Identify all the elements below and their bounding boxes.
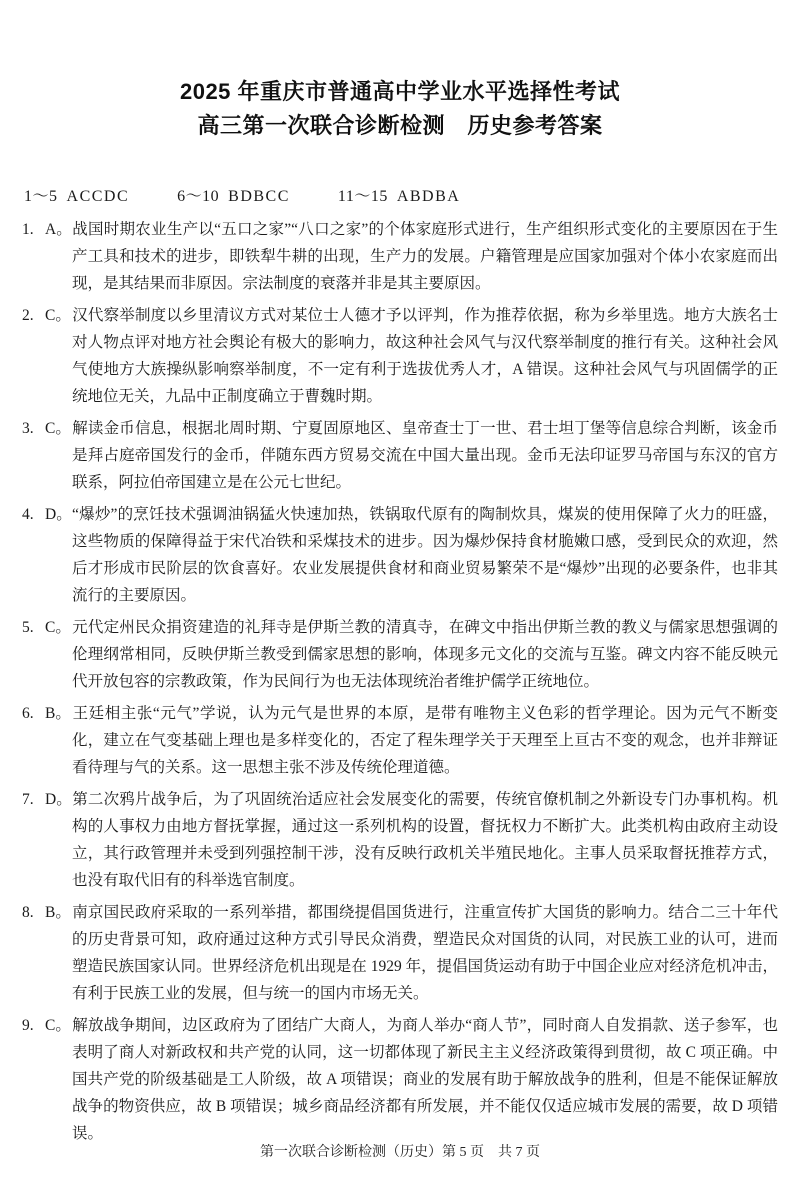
explanation-item-5: 5.C。元代定州民众捐资建造的礼拜寺是伊斯兰教的清真寺，在碑文中指出伊斯兰教的教… — [22, 614, 778, 695]
item-explanation-text: 战国时期农业生产以“五口之家”“八口之家”的个体家庭形式进行，生产组织形式变化的… — [72, 221, 778, 292]
item-answer-letter: B。 — [45, 899, 72, 926]
item-answer-letter: C。 — [45, 614, 72, 641]
answer-key-range: 11～15 — [338, 188, 388, 205]
item-number: 2. — [22, 302, 45, 329]
explanation-item-7: 7.D。第二次鸦片战争后，为了巩固统治适应社会发展变化的需要，传统官僚机制之外新… — [22, 786, 778, 894]
item-answer-letter: D。 — [45, 786, 72, 813]
item-number: 4. — [22, 501, 45, 528]
explanation-item-1: 1.A。战国时期农业生产以“五口之家”“八口之家”的个体家庭形式进行，生产组织形… — [22, 216, 778, 297]
item-number: 5. — [22, 614, 45, 641]
item-explanation-text: 第二次鸦片战争后，为了巩固统治适应社会发展变化的需要，传统官僚机制之外新设专门办… — [72, 791, 778, 889]
multiple-choice-answer-key: 1～5ACCDC 6～10BDBCC 11～15ABDBA — [24, 186, 778, 208]
item-answer-letter: B。 — [45, 700, 72, 727]
item-answer-letter: C。 — [45, 415, 72, 442]
item-number: 3. — [22, 415, 45, 442]
item-explanation-text: 解放战争期间，边区政府为了团结广大商人，为商人举办“商人节”，同时商人自发捐款、… — [72, 1017, 778, 1142]
answer-key-group-1-5: 1～5ACCDC — [24, 186, 129, 208]
item-explanation-text: “爆炒”的烹饪技术强调油锅猛火快速加热，铁锅取代原有的陶制炊具，煤炭的使用保障了… — [72, 506, 778, 604]
item-explanation-text: 王廷相主张“元气”学说，认为元气是世界的本原，是带有唯物主义色彩的哲学理论。因为… — [72, 705, 778, 776]
answer-key-letters: BDBCC — [228, 188, 290, 205]
explanation-item-8: 8.B。南京国民政府采取的一系列举措，都围绕提倡国货进行，注重宣传扩大国货的影响… — [22, 899, 778, 1007]
item-number: 9. — [22, 1012, 45, 1039]
answer-key-group-6-10: 6～10BDBCC — [177, 186, 290, 208]
answer-key-letters: ACCDC — [67, 188, 130, 205]
explanation-item-3: 3.C。解读金币信息，根据北周时期、宁夏固原地区、皇帝查士丁一世、君士坦丁堡等信… — [22, 415, 778, 496]
explanation-item-9: 9.C。解放战争期间，边区政府为了团结广大商人，为商人举办“商人节”，同时商人自… — [22, 1012, 778, 1147]
answer-key-group-11-15: 11～15ABDBA — [338, 186, 460, 208]
answer-key-range: 1～5 — [24, 188, 58, 205]
answer-key-range: 6～10 — [177, 188, 219, 205]
item-number: 8. — [22, 899, 45, 926]
document-header: 2025 年重庆市普通高中学业水平选择性考试 高三第一次联合诊断检测 历史参考答… — [0, 0, 800, 143]
item-answer-letter: C。 — [45, 302, 72, 329]
answer-explanations-list: 1.A。战国时期农业生产以“五口之家”“八口之家”的个体家庭形式进行，生产组织形… — [22, 216, 778, 1147]
item-explanation-text: 汉代察举制度以乡里清议方式对某位士人德才予以评判，作为推荐依据，称为乡举里选。地… — [72, 307, 778, 405]
exam-title-line1: 2025 年重庆市普通高中学业水平选择性考试 — [0, 75, 800, 109]
explanation-item-6: 6.B。王廷相主张“元气”学说，认为元气是世界的本原，是带有唯物主义色彩的哲学理… — [22, 700, 778, 781]
item-answer-letter: C。 — [45, 1012, 72, 1039]
item-number: 6. — [22, 700, 45, 727]
document-page: 2025 年重庆市普通高中学业水平选择性考试 高三第一次联合诊断检测 历史参考答… — [0, 0, 800, 1183]
item-answer-letter: A。 — [45, 216, 72, 243]
item-answer-letter: D。 — [45, 501, 72, 528]
item-explanation-text: 南京国民政府采取的一系列举措，都围绕提倡国货进行，注重宣传扩大国货的影响力。结合… — [72, 904, 778, 1002]
explanation-item-2: 2.C。汉代察举制度以乡里清议方式对某位士人德才予以评判，作为推荐依据，称为乡举… — [22, 302, 778, 410]
explanation-item-4: 4.D。“爆炒”的烹饪技术强调油锅猛火快速加热，铁锅取代原有的陶制炊具，煤炭的使… — [22, 501, 778, 609]
footer-page-indicator: 第一次联合诊断检测（历史）第 5 页 共 7 页 — [260, 1145, 540, 1160]
item-number: 7. — [22, 786, 45, 813]
item-explanation-text: 解读金币信息，根据北周时期、宁夏固原地区、皇帝查士丁一世、君士坦丁堡等信息综合判… — [72, 420, 778, 491]
exam-title-line2: 高三第一次联合诊断检测 历史参考答案 — [0, 109, 800, 143]
item-explanation-text: 元代定州民众捐资建造的礼拜寺是伊斯兰教的清真寺，在碑文中指出伊斯兰教的教义与儒家… — [72, 619, 778, 690]
item-number: 1. — [22, 216, 45, 243]
page-footer: 第一次联合诊断检测（历史）第 5 页 共 7 页 — [0, 1143, 800, 1163]
answer-key-letters: ABDBA — [397, 188, 461, 205]
